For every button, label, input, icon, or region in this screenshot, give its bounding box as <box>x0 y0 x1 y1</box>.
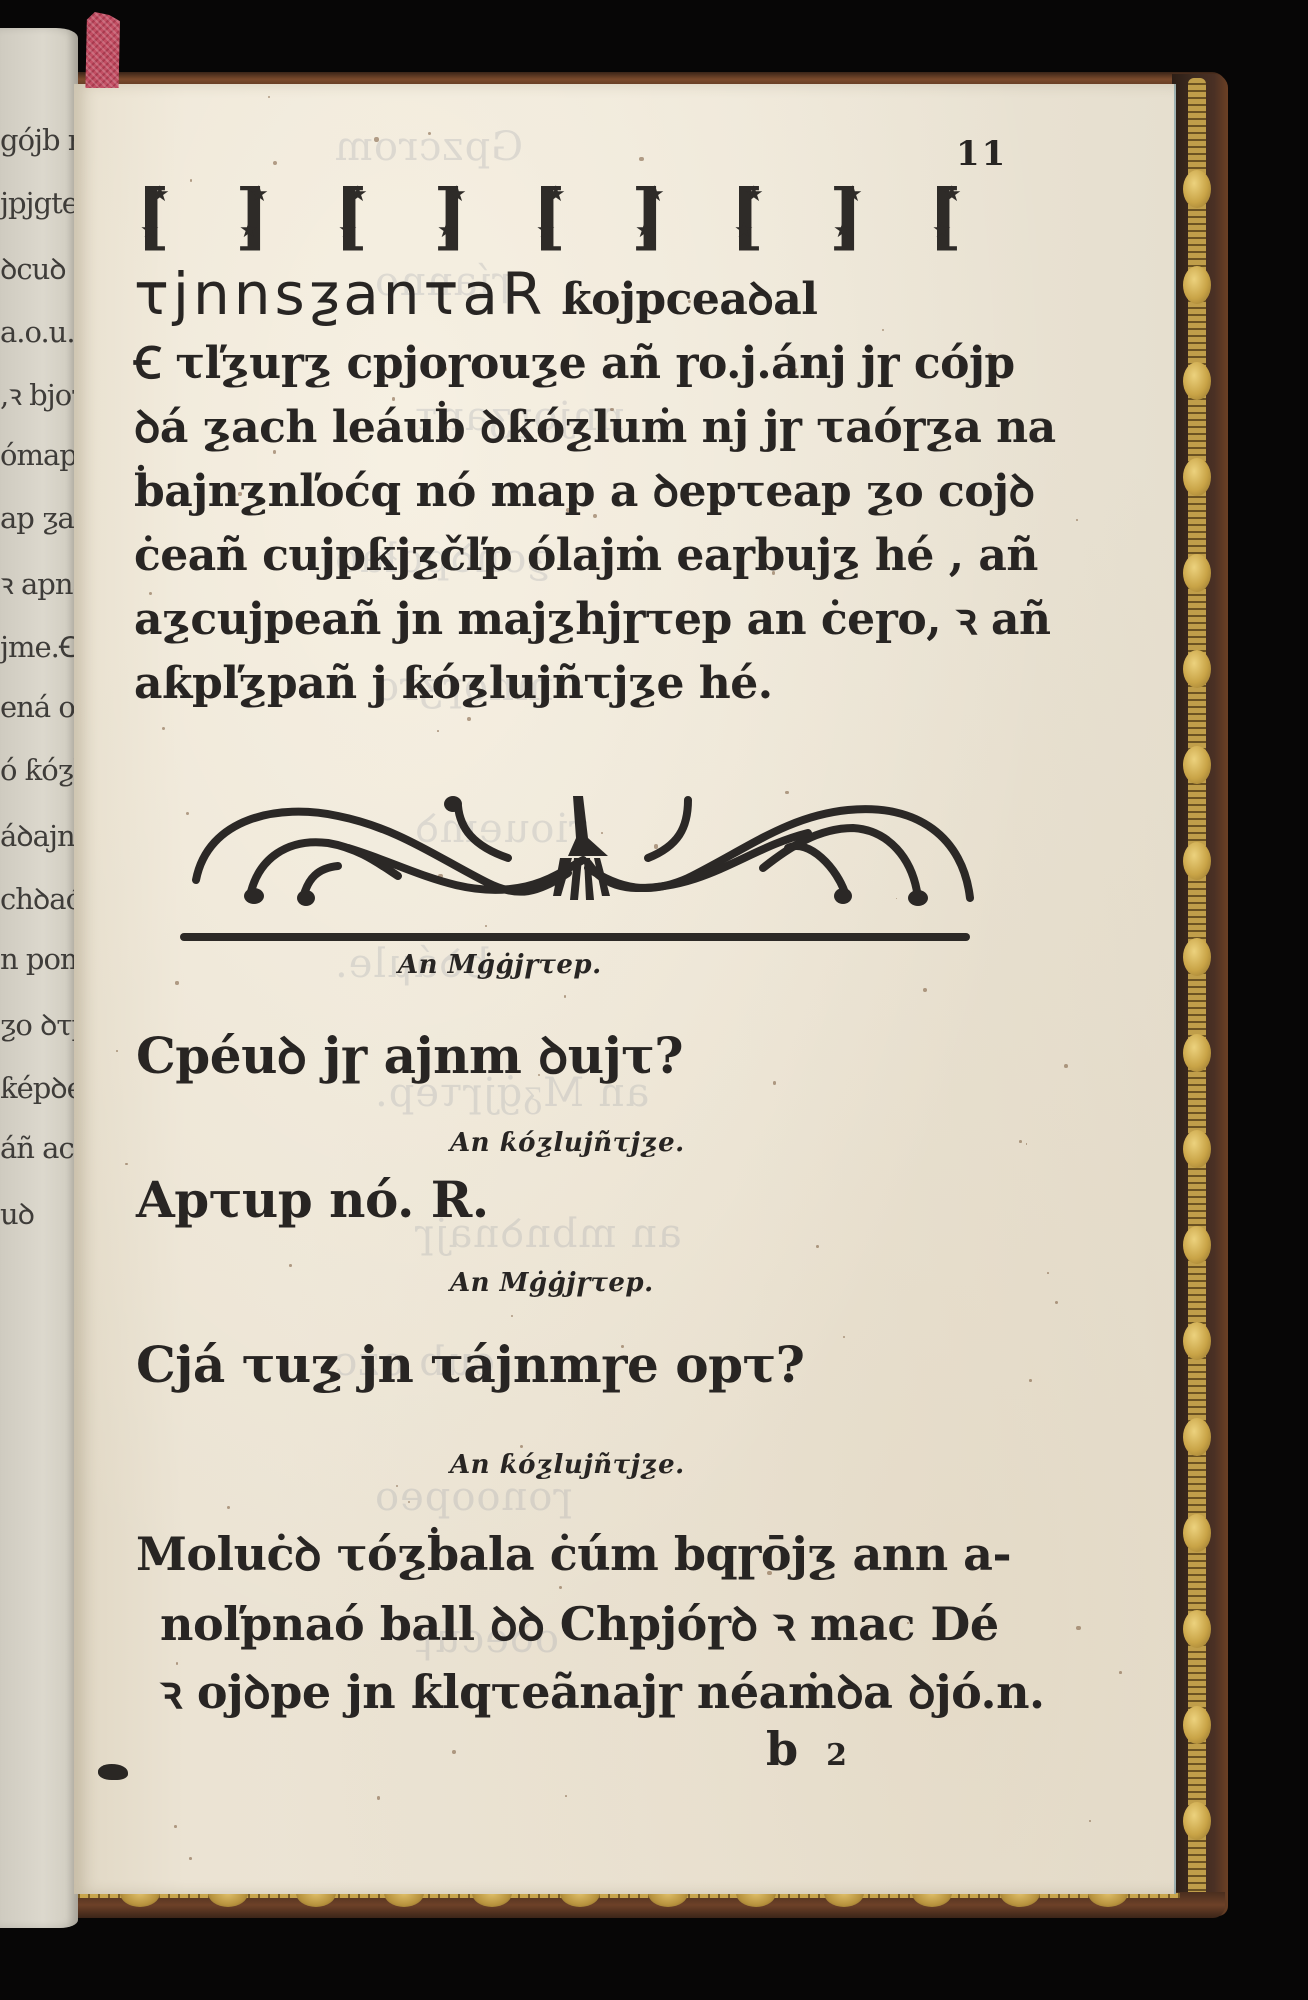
star-bracket-unit: [★★ <box>136 180 188 256</box>
star-icon: ★ <box>437 220 457 242</box>
star-icon: ★ <box>942 184 962 206</box>
horizontal-rule <box>180 933 970 941</box>
star-bracket-unit: ]★★ <box>235 180 287 256</box>
verso-page: gójb ro ɼjpjgte mꝺcuꝺ ꝺona.o.u.ꝛ.e.,ꝛ bj… <box>0 28 78 1928</box>
star-icon: ★ <box>645 184 665 206</box>
dialogue-question: Cjá τuƺ jn τájnmɼe opτ? <box>136 1335 804 1394</box>
verso-text-line: áñ acló <box>0 1131 78 1165</box>
verso-text-line: chꝺać éo <box>0 879 78 918</box>
speaker-label-master: An Mġġjɼτep. <box>398 950 602 980</box>
gilt-bead <box>1183 1130 1211 1168</box>
show-through-line: ɼonoopeo <box>374 1474 573 1520</box>
intro-line: aƺcujpeañ jn majƺhjɼτep an ċeɼo, ꝛ añ <box>134 588 994 652</box>
star-icon: ★ <box>249 184 269 206</box>
star-bracket-border: [★★]★★[★★]★★[★★]★★[★★]★★[★★ <box>136 178 980 258</box>
intro-line: ḃajnƺnľoćq nó map a ꝺepτeap ƺo cojꝺ <box>134 460 994 524</box>
verso-text-line: gójb ro ɼ <box>0 123 78 157</box>
heading-rest: ƙojpceaꝺal <box>561 274 817 325</box>
gilt-bead <box>1183 1802 1211 1840</box>
folio-number: 11 <box>956 134 1007 174</box>
intro-line: Ꞓ τľƺuɼƺ cpjoɼouƺe añ ɼo.j.ánj jɼ cójp <box>134 332 994 396</box>
verso-text-line: ó ƙóƺlu <box>0 753 78 787</box>
verso-text-line: uꝺ <box>0 1194 34 1233</box>
gilt-bead <box>1183 938 1211 976</box>
gilt-bead <box>1183 746 1211 784</box>
gilt-bead <box>1183 1706 1211 1744</box>
verso-text-line: ómapcpuj <box>0 438 78 472</box>
gilt-bead <box>1183 1322 1211 1360</box>
star-icon: ★ <box>734 220 754 242</box>
star-icon: ★ <box>348 184 368 206</box>
verso-text-line: áꝺajn bea <box>0 816 78 855</box>
gilt-bead <box>1183 170 1211 208</box>
closing-line: ꝛ ojꝺpe jn ƙlqτeãnajɼ néaṁꝺa ꝺjó.n. <box>160 1660 1045 1722</box>
signature-number: 2 <box>826 1738 847 1773</box>
star-icon: ★ <box>447 184 467 206</box>
star-icon: ★ <box>833 220 853 242</box>
heading-initial-word: τjnnsƺanτaR <box>134 260 546 328</box>
star-icon: ★ <box>140 220 160 242</box>
closing-line: Moluċꝺ τóƺḃala ċúm bqɼōjƺ ann a- <box>136 1522 1011 1584</box>
bookmark-ribbon[interactable] <box>84 12 120 88</box>
gilt-bead <box>1183 554 1211 592</box>
verso-text-line: ꝺcuꝺ ꝺon <box>0 249 78 288</box>
gilt-bead <box>1183 1034 1211 1072</box>
gilt-bead <box>1183 458 1211 496</box>
gilt-bead <box>1183 266 1211 304</box>
star-bracket-unit: [★★ <box>334 180 386 256</box>
speaker-label-pupil: An ƙóƺlujñτjƺe. <box>450 1450 685 1480</box>
star-icon: ★ <box>744 184 764 206</box>
verso-text-line: jpjgte m <box>0 186 78 220</box>
star-icon: ★ <box>239 220 259 242</box>
woodcut-ornament-icon <box>188 788 978 908</box>
gilt-bead <box>1183 1418 1211 1456</box>
star-icon: ★ <box>150 184 170 206</box>
intro-line: ꝺá ƺach leáuḃ ꝺƙóƺluṁ nj jɼ τaóɼƺa na <box>134 396 994 460</box>
gilt-bead <box>1183 1610 1211 1648</box>
star-bracket-unit: ]★★ <box>433 180 485 256</box>
star-bracket-unit: [★★ <box>532 180 584 256</box>
intro-paragraph: τjnnsƺanτaR ƙojpceaꝺal Ꞓ τľƺuɼƺ cpjoɼouƺ… <box>134 262 994 716</box>
star-bracket-unit: [★★ <box>730 180 782 256</box>
star-bracket-unit: ]★★ <box>631 180 683 256</box>
star-icon: ★ <box>338 220 358 242</box>
verso-text-line: ená opjá <box>0 690 78 724</box>
intro-line: aƙpľƺpañ j ƙóƺlujñτjƺe hé. <box>134 652 994 716</box>
ink-blot <box>98 1764 128 1780</box>
intro-line: ċeañ cujpƙjƺčľp ólajṁ eaɼbujƺ hé , añ <box>134 524 994 588</box>
verso-text-line: ƺo ꝺτpá <box>0 1005 78 1044</box>
star-bracket-unit: [★★ <box>928 180 980 256</box>
gilt-bead <box>1183 1226 1211 1264</box>
gilt-bead <box>1183 650 1211 688</box>
closing-line: noľpnaó ball ꝺꝺ Chpjóɼꝺ ꝛ mac Dé <box>160 1592 999 1654</box>
verso-text-line: ꝛ apnaτ <box>0 564 78 603</box>
verso-text-line: a.o.u.ꝛ.e. <box>0 312 78 351</box>
star-icon: ★ <box>932 220 952 242</box>
intro-heading-line: τjnnsƺanτaR ƙojpceaꝺal <box>134 262 994 332</box>
star-icon: ★ <box>843 184 863 206</box>
gilt-bead <box>1183 1514 1211 1552</box>
speaker-label-master: An Mġġjɼτep. <box>450 1268 654 1298</box>
dialogue-answer: Apτup nó. R. <box>136 1170 489 1229</box>
star-bracket-unit: ]★★ <box>829 180 881 256</box>
star-icon: ★ <box>536 220 556 242</box>
gilt-bead <box>1183 362 1211 400</box>
star-icon: ★ <box>635 220 655 242</box>
verso-text-line: ,ꝛ bjoτá <box>0 375 78 414</box>
speaker-label-pupil: An ƙóƺlujñτjƺe. <box>450 1128 685 1158</box>
verso-text-line: jme.Ꞓ ƺ <box>0 627 78 666</box>
star-icon: ★ <box>546 184 566 206</box>
signature-mark: b2 <box>766 1722 847 1776</box>
verso-text-line: ƙépꝺep <box>0 1068 78 1107</box>
gilt-bead <box>1183 842 1211 880</box>
verso-text-line: n pomán <box>0 942 78 976</box>
signature-letter: b <box>766 1722 798 1776</box>
show-through-line: Gpzcrom <box>334 124 523 170</box>
dialogue-question: Cpéuꝺ jɼ ajnm ꝺujτ? <box>136 1020 683 1088</box>
verso-text-line: ap ƺac á <box>0 501 78 535</box>
